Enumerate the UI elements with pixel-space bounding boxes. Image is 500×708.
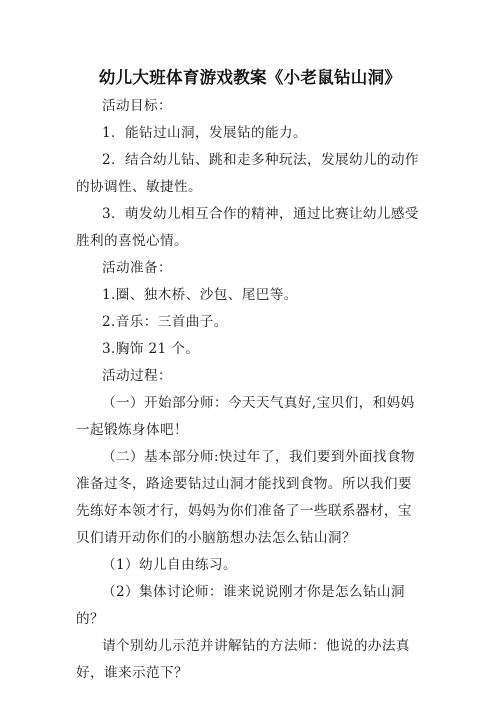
heading-activity-preparation: 活动准备： [76, 255, 424, 282]
prep-item-1: 1.圈、独木桥、沙包、尾巴等。 [76, 282, 424, 309]
prep-item-3: 3.胸饰 21 个。 [76, 336, 424, 363]
document-title: 幼儿大班体育游戏教案《小老鼠钻山洞》 [0, 64, 500, 88]
goal-item-3: 3．萌发幼儿相互合作的精神，通过比赛让幼儿感受胜利的喜悦心情。 [76, 201, 424, 255]
goal-item-1: 1．能钻过山洞，发展钻的能力。 [76, 120, 424, 147]
document-body: 活动目标： 1．能钻过山洞，发展钻的能力。 2．结合幼儿钻、跳和走多种玩法，发展… [76, 93, 424, 687]
process-step-1: （1）幼儿自由练习。 [76, 552, 424, 579]
heading-activity-process: 活动过程： [76, 363, 424, 390]
process-step-2: （2）集体讨论师：谁来说说刚才你是怎么钻山洞的？ [76, 579, 424, 633]
process-part-2: （二）基本部分师:快过年了，我们要到外面找食物准备过冬，路途要钻过山洞才能找到食… [76, 444, 424, 552]
heading-activity-goals: 活动目标： [76, 93, 424, 120]
goal-item-2: 2．结合幼儿钻、跳和走多种玩法，发展幼儿的动作的协调性、敏捷性。 [76, 147, 424, 201]
process-part-1: （一）开始部分师：今天天气真好,宝贝们，和妈妈一起锻炼身体吧！ [76, 390, 424, 444]
process-demo: 请个别幼儿示范并讲解钻的方法师：他说的办法真好，谁来示范下？ [76, 633, 424, 687]
prep-item-2: 2.音乐：三首曲子。 [76, 309, 424, 336]
